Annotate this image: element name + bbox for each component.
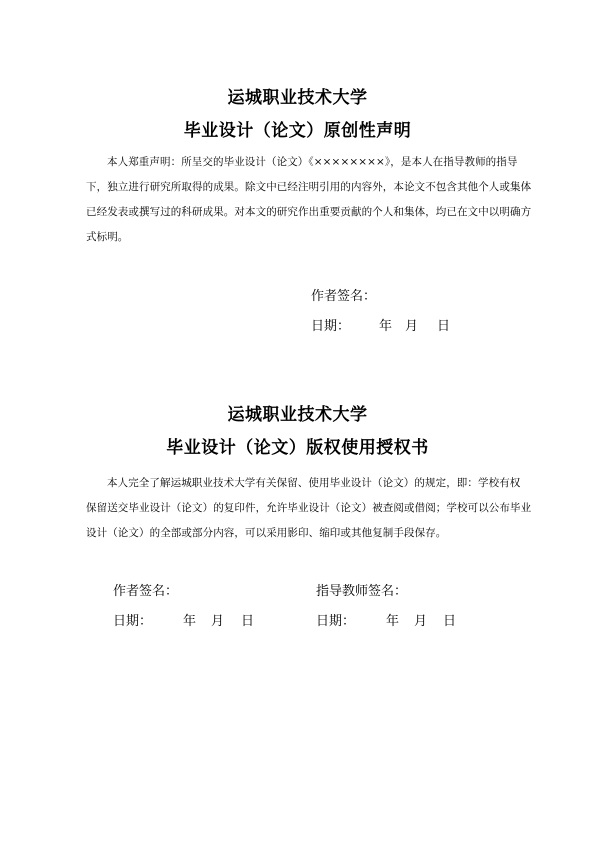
statement-line: 式标明。 bbox=[86, 225, 513, 250]
authorization-line: 设计（论文）的全部或部分内容，可以采用影印、缩印或其他复制手段保存。 bbox=[86, 521, 513, 546]
university-name-1: 运城职业技术大学 bbox=[0, 88, 595, 108]
copyright-authorization-body: 本人完全了解运城职业技术大学有关保留、使用毕业设计（论文）的规定，即：学校有权 … bbox=[86, 471, 513, 546]
university-name-2: 运城职业技术大学 bbox=[0, 405, 595, 425]
month-label: 月 bbox=[414, 614, 427, 630]
copyright-authorization-title: 毕业设计（论文）版权使用授权书 bbox=[0, 438, 595, 458]
day-label: 日 bbox=[241, 614, 254, 630]
month-label: 月 bbox=[211, 614, 224, 630]
statement-line: 下，独立进行研究所取得的成果。除文中已经注明引用的内容外，本论文不包含其他个人或… bbox=[86, 175, 513, 200]
day-label: 日 bbox=[437, 319, 450, 335]
statement-line: 本人郑重声明：所呈交的毕业设计（论文）《××××××××》，是本人在指导教师的指… bbox=[86, 150, 513, 175]
year-label: 年 bbox=[183, 614, 196, 630]
date-label: 日期： bbox=[316, 614, 355, 630]
originality-statement-body: 本人郑重声明：所呈交的毕业设计（论文）《××××××××》，是本人在指导教师的指… bbox=[86, 150, 513, 250]
advisor-signature-label: 指导教师签名： bbox=[316, 584, 407, 600]
year-label: 年 bbox=[386, 614, 399, 630]
statement-line: 已经发表或撰写过的科研成果。对本文的研究作出重要贡献的个人和集体，均已在文中以明… bbox=[86, 200, 513, 225]
month-label: 月 bbox=[405, 319, 418, 335]
author-signature-label: 作者签名： bbox=[113, 584, 178, 600]
originality-statement-title: 毕业设计（论文）原创性声明 bbox=[0, 121, 595, 141]
year-label: 年 bbox=[379, 319, 392, 335]
authorization-line: 本人完全了解运城职业技术大学有关保留、使用毕业设计（论文）的规定，即：学校有权 bbox=[86, 471, 513, 496]
author-signature-label: 作者签名： bbox=[311, 289, 376, 305]
date-label: 日期： bbox=[113, 614, 152, 630]
date-label: 日期： bbox=[311, 319, 350, 335]
authorization-line: 保留送交毕业设计（论文）的复印件，允许毕业设计（论文）被查阅或借阅；学校可以公布… bbox=[86, 496, 513, 521]
day-label: 日 bbox=[443, 614, 456, 630]
